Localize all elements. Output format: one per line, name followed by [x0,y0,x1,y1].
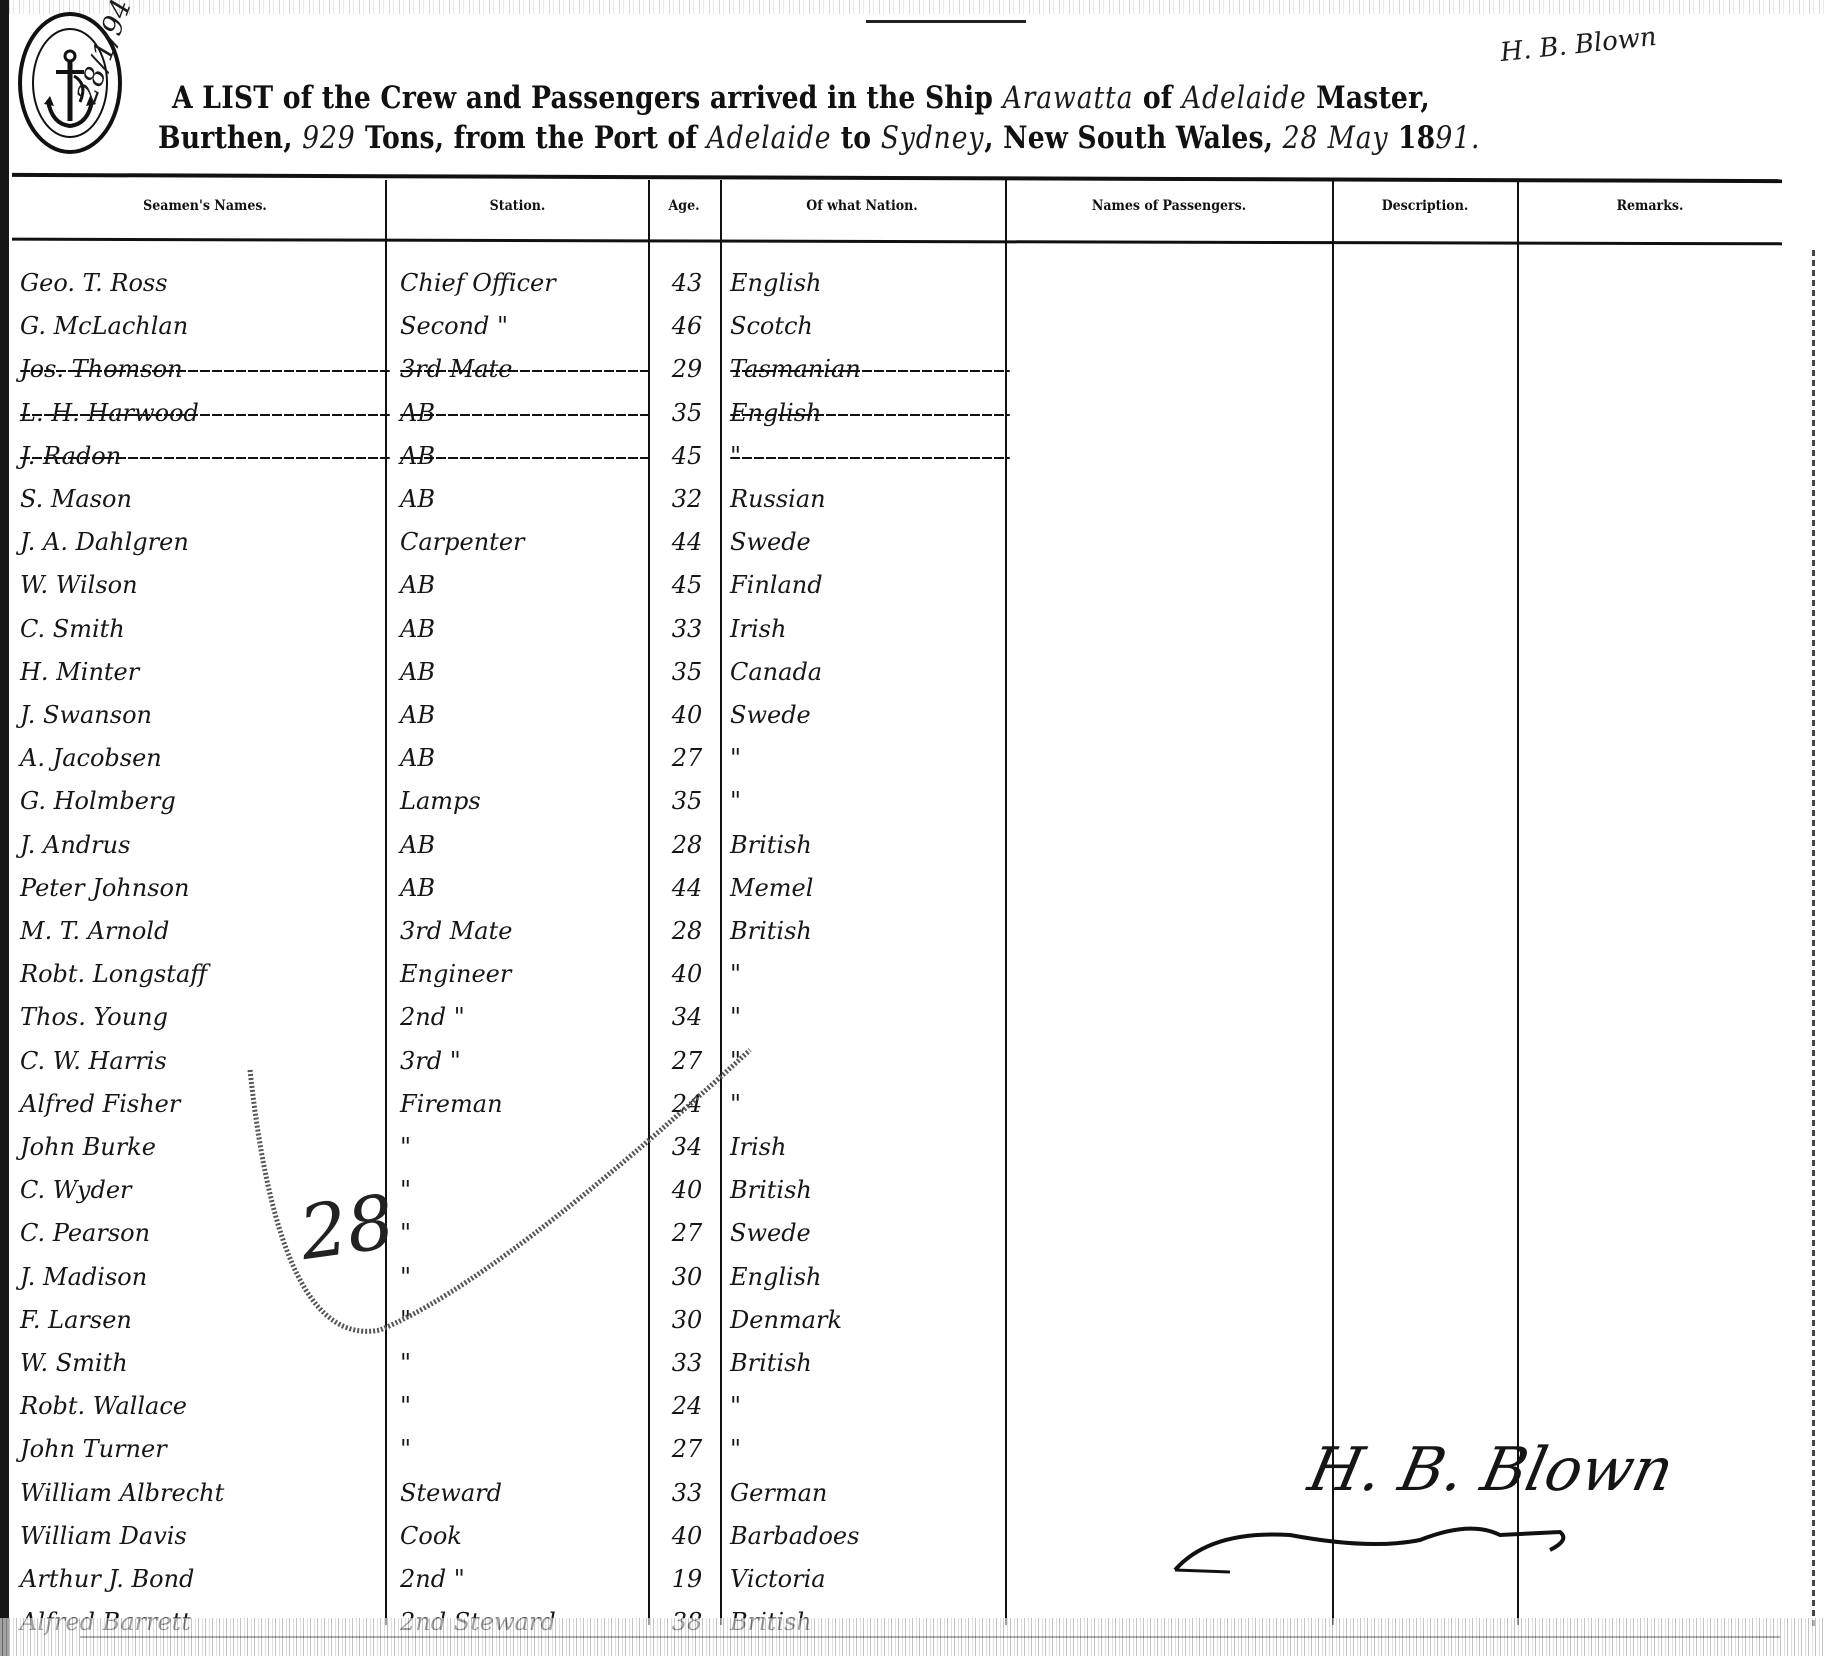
ship-name: Arawatta [1003,80,1134,116]
nation-cell: Scotch [730,305,1000,348]
nation-cell: Irish [730,1126,1000,1169]
nation-cell: English [730,262,1000,305]
age-cell: 27 [652,1428,722,1471]
col-header-seamens-names: Seamen's Names. [57,198,354,214]
crew-row: Robt. Wallace"24" [0,1385,1824,1428]
seaman-name-cell: John Turner [20,1428,380,1471]
crew-row: G. HolmbergLamps35" [0,780,1824,823]
crew-row: J. RadonAB45" [0,435,1824,478]
seaman-name-cell: Robt. Wallace [20,1385,380,1428]
station-cell: Lamps [400,780,640,823]
title-line-2: Burthen, 929 Tons, from the Port of Adel… [158,120,1480,156]
title-line-1: A LIST of the Crew and Passengers arrive… [172,80,1430,116]
age-cell: 19 [652,1558,722,1601]
nation-cell: British [730,1169,1000,1212]
nation-cell: British [730,824,1000,867]
tally-count-mark: 28 [294,1179,399,1277]
seaman-name-cell: L. H. Harwood [20,392,380,435]
seaman-name-cell: M. T. Arnold [20,910,380,953]
title-master: Master, [1316,80,1430,116]
to-label: to [841,120,871,156]
crew-row: J. AndrusAB28British [0,824,1824,867]
crew-row: Jos. Thomson3rd Mate29Tasmanian [0,348,1824,391]
nation-cell: Swede [730,521,1000,564]
crew-row: W. WilsonAB45Finland [0,564,1824,607]
station-cell: " [400,1428,640,1471]
title-prefix: A LIST of the Crew and Passengers arrive… [172,80,993,116]
seaman-name-cell: Peter Johnson [20,867,380,910]
station-cell: AB [400,435,640,478]
tons-from-port-label: Tons, from the Port of [365,120,697,156]
nation-cell: Barbadoes [730,1515,1000,1558]
crew-row: H. MinterAB35Canada [0,651,1824,694]
seaman-name-cell: G. Holmberg [20,780,380,823]
col-header-nation: Of what Nation. [736,198,988,214]
crew-row: Geo. T. RossChief Officer43English [0,262,1824,305]
crew-row: C. SmithAB33Irish [0,608,1824,651]
nation-cell: German [730,1472,1000,1515]
station-cell: Engineer [400,953,640,996]
station-cell: AB [400,824,640,867]
nation-cell: " [730,1040,1000,1083]
seaman-name-cell: J. A. Dahlgren [20,521,380,564]
station-cell: 2nd " [400,1558,640,1601]
seaman-name-cell: H. Minter [20,651,380,694]
col-header-description: Description. [1344,198,1506,214]
seaman-name-cell: Geo. T. Ross [20,262,380,305]
station-cell: AB [400,392,640,435]
age-cell: 27 [652,737,722,780]
nation-cell: Denmark [730,1299,1000,1342]
col-header-remarks: Remarks. [1533,198,1767,214]
to-port: Sydney [881,120,985,156]
station-cell: Carpenter [400,521,640,564]
nation-cell: Victoria [730,1558,1000,1601]
station-cell: 3rd Mate [400,348,640,391]
nation-cell: Tasmanian [730,348,1000,391]
signature-flourish [1170,1510,1570,1580]
master-name: H. B. Blown [1499,22,1658,68]
seaman-name-cell: Jos. Thomson [20,348,380,391]
year-suffix: 91. [1435,120,1480,156]
age-cell: 44 [652,521,722,564]
nsw-label: , New South Wales, [984,120,1273,156]
seaman-name-cell: William Davis [20,1515,380,1558]
seaman-name-cell: C. Smith [20,608,380,651]
nation-cell: Swede [730,694,1000,737]
age-cell: 35 [652,780,722,823]
nation-cell: " [730,780,1000,823]
nation-cell: " [730,1083,1000,1126]
age-cell: 28 [652,824,722,867]
scan-noise-top [0,0,1824,14]
station-cell: Chief Officer [400,262,640,305]
seaman-name-cell: Robt. Longstaff [20,953,380,996]
age-cell: 46 [652,305,722,348]
top-rule [866,20,1026,23]
crew-row: Peter JohnsonAB44Memel [0,867,1824,910]
col-header-age: Age. [653,198,714,214]
from-port: Adelaide [707,120,832,156]
nation-cell: " [730,1428,1000,1471]
station-cell: " [400,1385,640,1428]
age-cell: 29 [652,348,722,391]
age-cell: 40 [652,953,722,996]
nation-cell: Finland [730,564,1000,607]
age-cell: 35 [652,651,722,694]
port-of-registry: Adelaide [1182,80,1307,116]
station-cell: AB [400,867,640,910]
seaman-name-cell: J. Swanson [20,694,380,737]
age-cell: 43 [652,262,722,305]
crew-row: J. A. DahlgrenCarpenter44Swede [0,521,1824,564]
age-cell: 45 [652,435,722,478]
station-cell: 3rd Mate [400,910,640,953]
nation-cell: " [730,996,1000,1039]
seaman-name-cell: S. Mason [20,478,380,521]
age-cell: 33 [652,608,722,651]
seaman-name-cell: Arthur J. Bond [20,1558,380,1601]
station-cell: AB [400,737,640,780]
burthen-label: Burthen, [158,120,293,156]
age-cell: 33 [652,1472,722,1515]
age-cell: 28 [652,910,722,953]
seaman-name-cell: A. Jacobsen [20,737,380,780]
crew-row: J. SwansonAB40Swede [0,694,1824,737]
seaman-name-cell: W. Wilson [20,564,380,607]
nation-cell: Swede [730,1212,1000,1255]
station-cell: Steward [400,1472,640,1515]
station-cell: Second " [400,305,640,348]
station-cell: AB [400,564,640,607]
col-header-passengers: Names of Passengers. [1024,198,1314,214]
nation-cell: Irish [730,608,1000,651]
age-cell: 40 [652,694,722,737]
crew-row: M. T. Arnold3rd Mate28British [0,910,1824,953]
nation-cell: " [730,953,1000,996]
seaman-name-cell: J. Radon [20,435,380,478]
crew-row: S. MasonAB32Russian [0,478,1824,521]
station-cell: AB [400,651,640,694]
station-cell: AB [400,478,640,521]
seaman-name-cell: G. McLachlan [20,305,380,348]
nation-cell: " [730,737,1000,780]
age-cell: 44 [652,867,722,910]
tonnage: 929 [302,120,355,156]
nation-cell: Memel [730,867,1000,910]
nation-cell: British [730,1342,1000,1385]
age-cell: 35 [652,392,722,435]
nation-cell: " [730,1385,1000,1428]
nation-cell: British [730,910,1000,953]
nation-cell: Russian [730,478,1000,521]
station-cell: AB [400,608,640,651]
crew-row: L. H. HarwoodAB35English [0,392,1824,435]
age-cell: 40 [652,1515,722,1558]
arrival-date: 28 May [1283,120,1389,156]
col-header-station: Station. [403,198,633,214]
crew-row: G. McLachlanSecond "46Scotch [0,305,1824,348]
crew-row: Robt. LongstaffEngineer40" [0,953,1824,996]
title-of: of [1143,80,1173,116]
crew-row: A. JacobsenAB27" [0,737,1824,780]
age-cell: 24 [652,1385,722,1428]
seaman-name-cell: William Albrecht [20,1472,380,1515]
station-cell: AB [400,694,640,737]
seaman-name-cell: J. Andrus [20,824,380,867]
age-cell: 32 [652,478,722,521]
nation-cell: Canada [730,651,1000,694]
master-signature: H. B. Blown [1303,1435,1680,1505]
station-cell: Cook [400,1515,640,1558]
age-cell: 45 [652,564,722,607]
nation-cell: English [730,1256,1000,1299]
nation-cell: English [730,392,1000,435]
nation-cell: " [730,435,1000,478]
year-prefix: 18 [1398,120,1435,156]
scan-noise-bottom [0,1618,1824,1656]
